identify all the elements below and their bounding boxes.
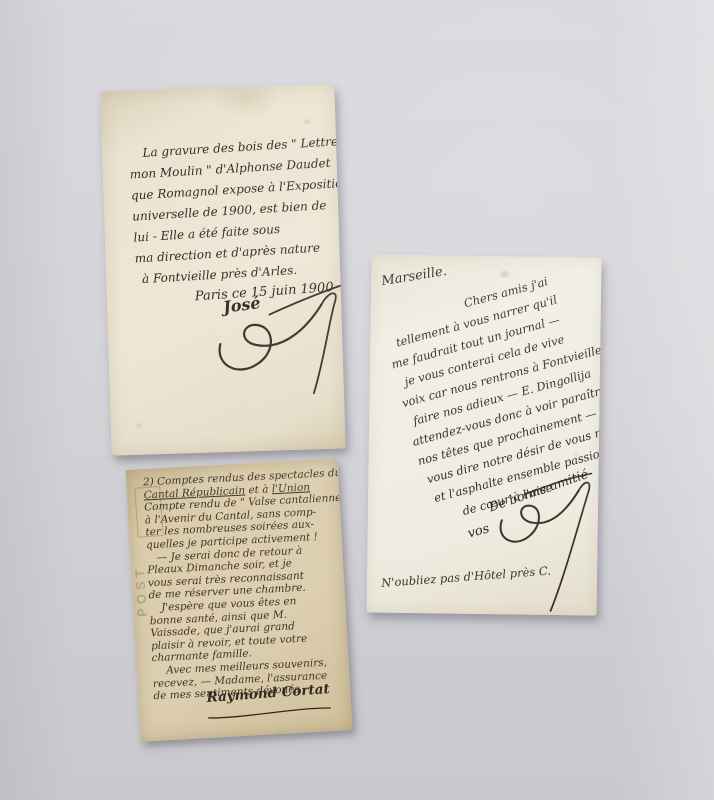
letter-daudet-engraving-note: La gravure des bois des " Lettres de mon… bbox=[100, 84, 345, 455]
letter-body: La gravure des bois des " Lettres de mon… bbox=[128, 132, 336, 291]
postcard-raymond-cortat: POST 2) Comptes rendus des spectacles du… bbox=[126, 458, 353, 741]
signature-prefix: vos bbox=[466, 521, 491, 541]
place-heading: Marseille. bbox=[380, 264, 448, 289]
letter-marseille: Marseille. Chers amis j'ai tellement à v… bbox=[367, 254, 602, 615]
photo-of-three-handwritten-letters: La gravure des bois des " Lettres de mon… bbox=[0, 0, 714, 800]
letter-body: 2) Comptes rendus des spectacles du Cant… bbox=[143, 467, 344, 703]
signature-flourish bbox=[494, 472, 592, 615]
plain-text: et à bbox=[245, 483, 272, 496]
underlined-title: l'Union bbox=[271, 481, 310, 495]
signature-underline bbox=[205, 704, 333, 721]
